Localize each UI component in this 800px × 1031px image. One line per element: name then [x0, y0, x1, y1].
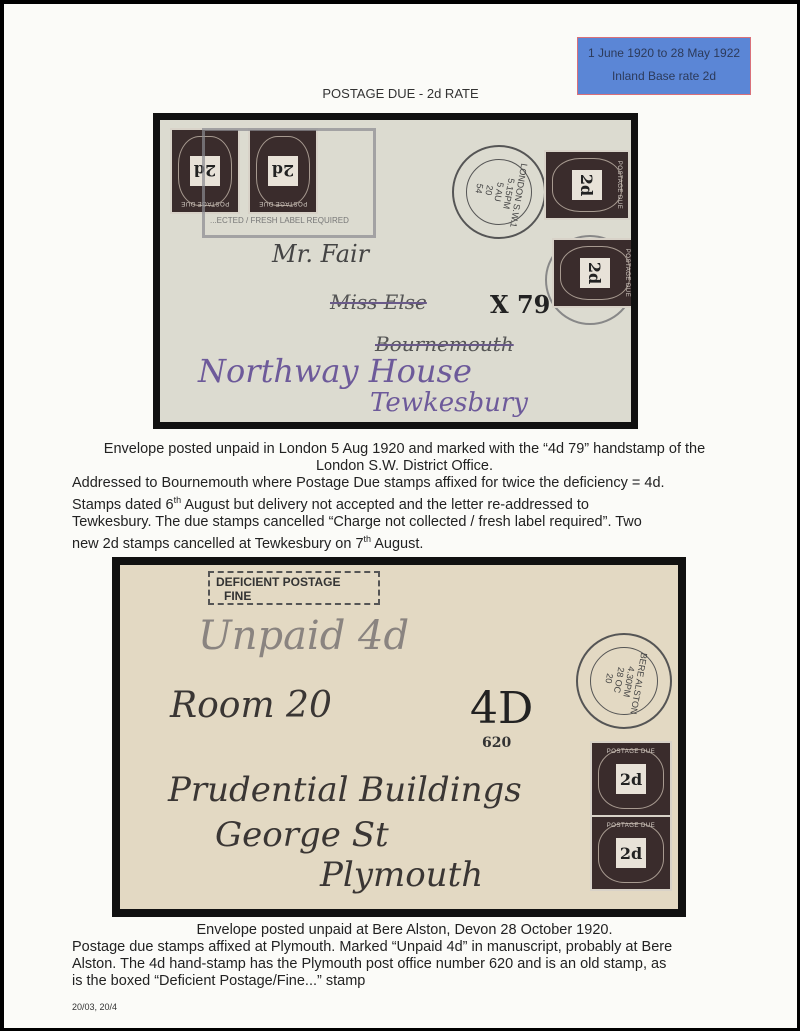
cover-london-1920: POSTAGE DUE 2d POSTAGE DUE 2d ...ECTED /… [153, 113, 638, 429]
address-town: Plymouth [320, 855, 483, 895]
address-name: Mr. Fair [272, 240, 369, 268]
reference-numbers: 20/03, 20/4 [72, 1002, 117, 1012]
address-building: Prudential Buildings [168, 770, 522, 810]
address-struck-name: Miss Else [330, 290, 427, 314]
page-title: POSTAGE DUE - 2d RATE [4, 86, 797, 101]
cover2-caption: Envelope posted unpaid at Bere Alston, D… [72, 922, 737, 990]
manuscript-unpaid: Unpaid 4d [198, 613, 409, 659]
postage-due-stamp: POSTAGE DUE 2d [544, 150, 630, 220]
cachet-text: ...ECTED / FRESH LABEL REQUIRED [210, 216, 349, 225]
album-page: 1 June 1920 to 28 May 1922 Inland Base r… [4, 4, 797, 1028]
bere-alston-postmark: BERE ALSTON 4.30PM 28 OC 20 [576, 633, 672, 729]
readdress-line2: Tewkesbury [370, 388, 528, 418]
rate-period-dates: 1 June 1920 to 28 May 1922 [578, 46, 750, 60]
postage-due-stamp: POSTAGE DUE 2d [590, 815, 672, 891]
postage-due-stamp: POSTAGE DUE 2d [590, 741, 672, 817]
readdress-line1: Northway House [198, 352, 472, 390]
rate-description: Inland Base rate 2d [578, 69, 750, 83]
address-room: Room 20 [170, 685, 332, 726]
handstamp-620: 620 [482, 735, 511, 751]
london-postmark: LONDON S.W.1 5.15PM 5 AU 20 54 [452, 145, 546, 239]
cover-bere-alston-1920: DEFICIENT POSTAGE FINE Unpaid 4d BERE AL… [112, 557, 686, 917]
handstamp-4d: 4D [470, 683, 533, 734]
cover1-caption: Envelope posted unpaid in London 5 Aug 1… [72, 441, 737, 553]
address-street: George St [215, 815, 389, 855]
deficient-postage-boxed-stamp: DEFICIENT POSTAGE FINE [208, 571, 380, 605]
postage-due-stamp: POSTAGE DUE 2d [552, 238, 638, 308]
handstamp-79: X 79 [490, 290, 550, 319]
